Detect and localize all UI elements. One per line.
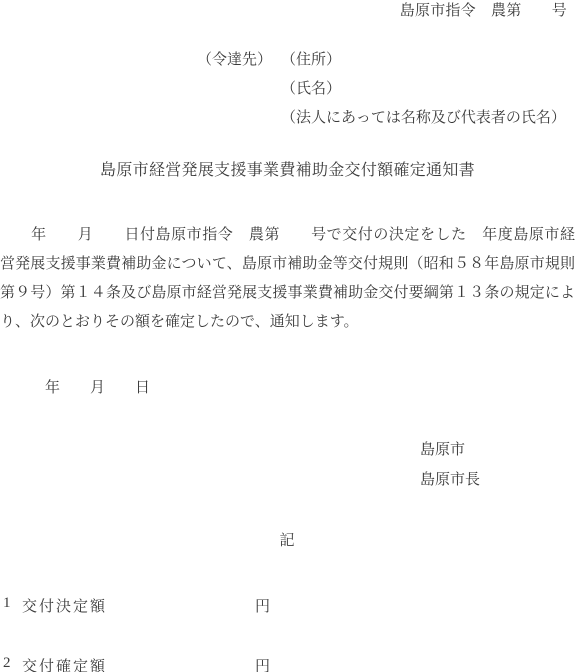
item-2-number: 2 xyxy=(3,655,11,672)
list-marker-ki: 記 xyxy=(0,533,575,550)
item-1-number: 1 xyxy=(3,595,11,612)
body-line-3: 第９号）第１４条及び島原市経営発展支援事業費補助金交付要綱第１３条の規定によ xyxy=(0,279,575,308)
sender-city: 島原市 xyxy=(420,442,465,459)
body-paragraph: 年 月 日付島原市指令 農第 号で交付の決定をした 年度島原市経 営発展支援事業… xyxy=(0,221,575,337)
item-1-unit-yen: 円 xyxy=(255,595,270,616)
reference-number-line: 島原市指令 農第 号 xyxy=(400,3,567,20)
item-2-label: 交付確定額 xyxy=(22,655,107,672)
addressee-address-line: （住所） xyxy=(281,52,341,69)
document-title: 島原市経営発展支援事業費補助金交付額確定通知書 xyxy=(0,162,575,180)
notice-document-page: 島原市指令 農第 号 （令達先） （住所） （氏名） （法人にあっては名称及び代… xyxy=(0,0,575,672)
item-row-confirmed-amount: 2 交付確定額 円 xyxy=(0,655,575,672)
body-line-1: 年 月 日付島原市指令 農第 号で交付の決定をした 年度島原市経 xyxy=(0,221,575,250)
addressee-name-line: （氏名） xyxy=(281,81,341,98)
addressee-corporate-note: （法人にあっては名称及び代表者の氏名） xyxy=(281,110,566,127)
body-line-4: り、次のとおりその額を確定したので、通知します。 xyxy=(0,308,575,337)
item-2-unit-yen: 円 xyxy=(255,655,270,672)
sender-mayor-title: 島原市長 xyxy=(420,472,480,489)
body-line-2: 営発展支援事業費補助金について、島原市補助金等交付規則（昭和５８年島原市規則 xyxy=(0,250,575,279)
item-1-label: 交付決定額 xyxy=(22,595,107,616)
item-row-decided-amount: 1 交付決定額 円 xyxy=(0,595,575,613)
issue-date-line: 年 月 日 xyxy=(0,380,150,397)
addressee-recipient-label: （令達先） xyxy=(197,52,272,69)
